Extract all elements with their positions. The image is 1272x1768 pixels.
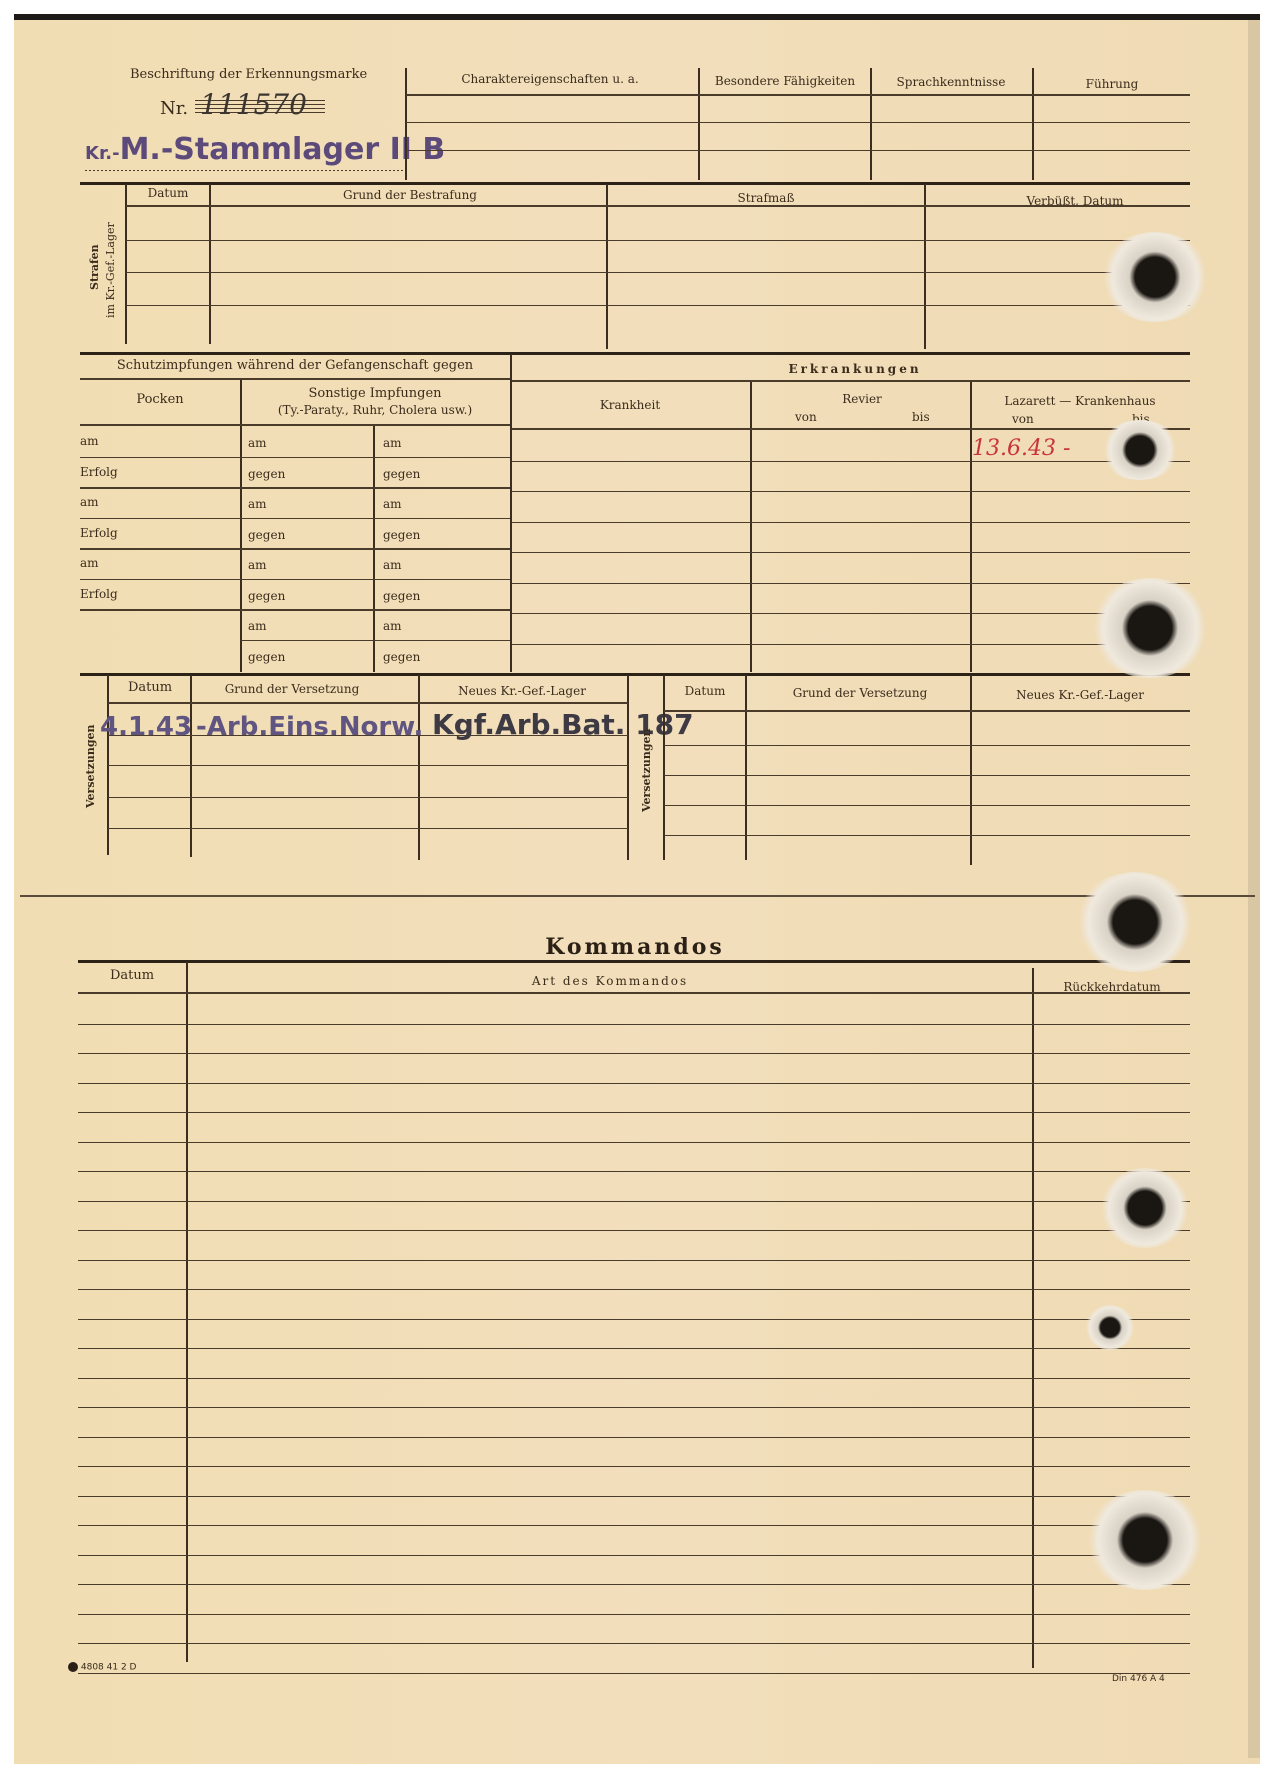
divider [1032, 68, 1034, 180]
punch-hole [1085, 1490, 1205, 1590]
rule [512, 522, 1190, 523]
erkrankungen-title: Erkrankungen [788, 362, 921, 376]
versetzungen-side-label-left: Versetzungen [84, 724, 97, 808]
rule [664, 835, 1190, 836]
rule [406, 150, 1190, 151]
rule [512, 613, 1190, 614]
impfungen-title: Schutzimpfungen während der Gefangenscha… [117, 358, 473, 373]
rule [78, 1643, 1190, 1644]
rule [78, 1555, 1190, 1556]
rule [80, 424, 510, 426]
rule [80, 457, 510, 458]
rule [78, 1112, 1190, 1113]
rule [78, 1260, 1190, 1261]
vers2-col-datum: Datum [685, 684, 726, 698]
divider [510, 354, 512, 672]
rule [108, 797, 628, 798]
stamp-prefix: Kr.- [85, 143, 120, 164]
rule [664, 745, 1190, 746]
rule [80, 378, 510, 380]
rule [512, 380, 1190, 382]
rule [664, 775, 1190, 776]
lazarett-von: von [1012, 412, 1034, 426]
kommandos-title: Kommandos [545, 934, 725, 960]
sonstige-row-label: am [248, 619, 267, 633]
rule [664, 805, 1190, 806]
rule [108, 828, 628, 829]
revier-bis: bis [912, 410, 930, 424]
sonstige-row-label: am [248, 436, 267, 450]
erkennungsmarke-number: 111570 [200, 88, 307, 121]
rule [78, 1348, 1190, 1349]
sonstige-row-label: am [383, 619, 402, 633]
col-pocken: Pocken [136, 392, 183, 407]
paper-edge [1248, 20, 1260, 1758]
col-revier: Revier [842, 392, 882, 406]
rule [80, 609, 510, 611]
col-sonstige: Sonstige Impfungen [308, 386, 441, 401]
pocken-row-label: am [80, 556, 99, 570]
stamp-camp: M.-Stammlager II B [120, 132, 446, 167]
divider [698, 68, 700, 180]
lazarett-entry: 13.6.43 - [972, 436, 1070, 461]
rule [80, 518, 510, 519]
rule [126, 205, 1190, 207]
vers2-col-lager: Neues Kr.-Gef.-Lager [1016, 688, 1144, 702]
sonstige-row-label: gegen [248, 589, 285, 603]
sonstige-row-label: gegen [383, 650, 420, 664]
header-fuehrung: Führung [1086, 77, 1139, 91]
rule [512, 428, 1190, 430]
kommandos-col-datum: Datum [110, 968, 154, 983]
marke-label: Beschriftung der Erkennungsmarke [130, 67, 367, 82]
header-faehigkeiten: Besondere Fähigkeiten [715, 74, 855, 88]
sonstige-row-label: gegen [248, 528, 285, 542]
section-rule [80, 673, 1190, 676]
rule [512, 644, 1190, 645]
rule [78, 1437, 1190, 1438]
rule [78, 1142, 1190, 1143]
rule [664, 710, 1190, 712]
vers-entry-grund: -Arb.Eins.Norw. [196, 712, 423, 742]
strafen-side-label: Strafen [88, 244, 101, 290]
rule [78, 1466, 1190, 1467]
col-sonstige-sub: (Ty.-Paraty., Ruhr, Cholera usw.) [278, 403, 472, 417]
rule [512, 552, 1190, 553]
divider [924, 184, 926, 349]
sonstige-row-label: gegen [383, 467, 420, 481]
sonstige-row-label: gegen [248, 467, 285, 481]
section-rule [80, 182, 1190, 185]
rule [80, 487, 510, 489]
footer-left-text: 4808 41 2 D [81, 1663, 137, 1673]
rule [80, 548, 510, 550]
sonstige-row-label: am [248, 558, 267, 572]
punch-hole [1085, 1305, 1135, 1350]
sonstige-row-label: am [383, 436, 402, 450]
rule [126, 272, 1190, 273]
sonstige-row-label: am [383, 558, 402, 572]
rule [512, 583, 1190, 584]
sonstige-row-label: gegen [383, 528, 420, 542]
strafen-col-grund: Grund der Bestrafung [343, 188, 477, 202]
pocken-row-label: Erfolg [80, 526, 118, 540]
pocken-row-label: Erfolg [80, 587, 118, 601]
sonstige-row-label: am [383, 497, 402, 511]
vers-col-datum: Datum [128, 680, 172, 695]
pocken-row-label: Erfolg [80, 465, 118, 479]
sonstige-row-label: gegen [248, 650, 285, 664]
rule [406, 94, 1190, 96]
divider [663, 675, 665, 860]
stamp-dotted-line [85, 170, 405, 171]
rule [78, 1083, 1190, 1084]
rule [512, 491, 1190, 492]
footer-din: Din 476 A 4 [1112, 1674, 1165, 1684]
divider [970, 675, 972, 865]
vers-entry-lager: Kgf.Arb.Bat. 187 [432, 708, 694, 741]
strafen-col-strafmass: Strafmaß [738, 191, 795, 205]
section-rule [78, 960, 1190, 963]
rule [78, 1230, 1190, 1231]
sonstige-row-label: am [248, 497, 267, 511]
rule [78, 1053, 1190, 1054]
form-sheet [14, 14, 1260, 1764]
vers-col-lager: Neues Kr.-Gef.-Lager [458, 684, 586, 698]
nr-label: Nr. [160, 98, 188, 119]
copyright-icon [68, 1662, 78, 1672]
rule [108, 702, 628, 704]
divider [186, 962, 188, 1662]
rule [78, 1171, 1190, 1172]
pocken-row-label: am [80, 434, 99, 448]
col-krankheit: Krankheit [600, 398, 660, 412]
divider [405, 68, 407, 180]
rule [78, 1378, 1190, 1379]
rule [406, 122, 1190, 123]
header-charakter: Charaktereigenschaften u. a. [461, 72, 638, 86]
rule [78, 1496, 1190, 1497]
rule [78, 1525, 1190, 1526]
rule [78, 1201, 1190, 1202]
camp-stamp: Kr.-M.-Stammlager II B [85, 132, 445, 167]
punch-hole [1075, 872, 1195, 972]
kommandos-col-art: Art des Kommandos [532, 974, 688, 988]
divider [125, 184, 127, 344]
rule [126, 305, 1190, 306]
vers2-col-grund: Grund der Versetzung [793, 686, 928, 700]
rule [78, 1289, 1190, 1290]
rule [78, 992, 1190, 994]
divider [750, 382, 752, 672]
versetzungen-side-label-right: Versetzungen [640, 728, 653, 812]
rule [78, 1024, 1190, 1025]
sonstige-row-label: gegen [383, 589, 420, 603]
divider [970, 382, 972, 672]
header-sprachen: Sprachkenntnisse [897, 75, 1006, 89]
revier-von: von [795, 410, 817, 424]
rule [78, 1614, 1190, 1615]
rule [512, 461, 1190, 462]
punch-hole [1100, 232, 1210, 322]
footer-print-code: 4808 41 2 D [68, 1662, 136, 1673]
fold-line [20, 895, 1255, 897]
section-rule [80, 352, 1190, 355]
rule [78, 1584, 1190, 1585]
vers-col-grund: Grund der Versetzung [225, 682, 360, 696]
rule [78, 1407, 1190, 1408]
col-lazarett: Lazarett — Krankenhaus [1004, 394, 1155, 408]
divider [209, 184, 211, 344]
rule [78, 1673, 1190, 1674]
rule [126, 240, 1190, 241]
punch-hole [1090, 578, 1210, 678]
rule [240, 640, 510, 641]
strafen-side-label-2: im Kr.-Gef.-Lager [104, 222, 117, 318]
divider [606, 184, 608, 349]
divider [745, 675, 747, 860]
punch-hole [1100, 1168, 1190, 1248]
rule [108, 765, 628, 766]
punch-hole [1100, 420, 1180, 480]
rule [80, 579, 510, 580]
rule [78, 1319, 1190, 1320]
strafen-col-datum: Datum [148, 186, 189, 200]
vers-entry-datum: 4.1.43 [100, 712, 192, 742]
divider [870, 68, 872, 180]
pocken-row-label: am [80, 495, 99, 509]
